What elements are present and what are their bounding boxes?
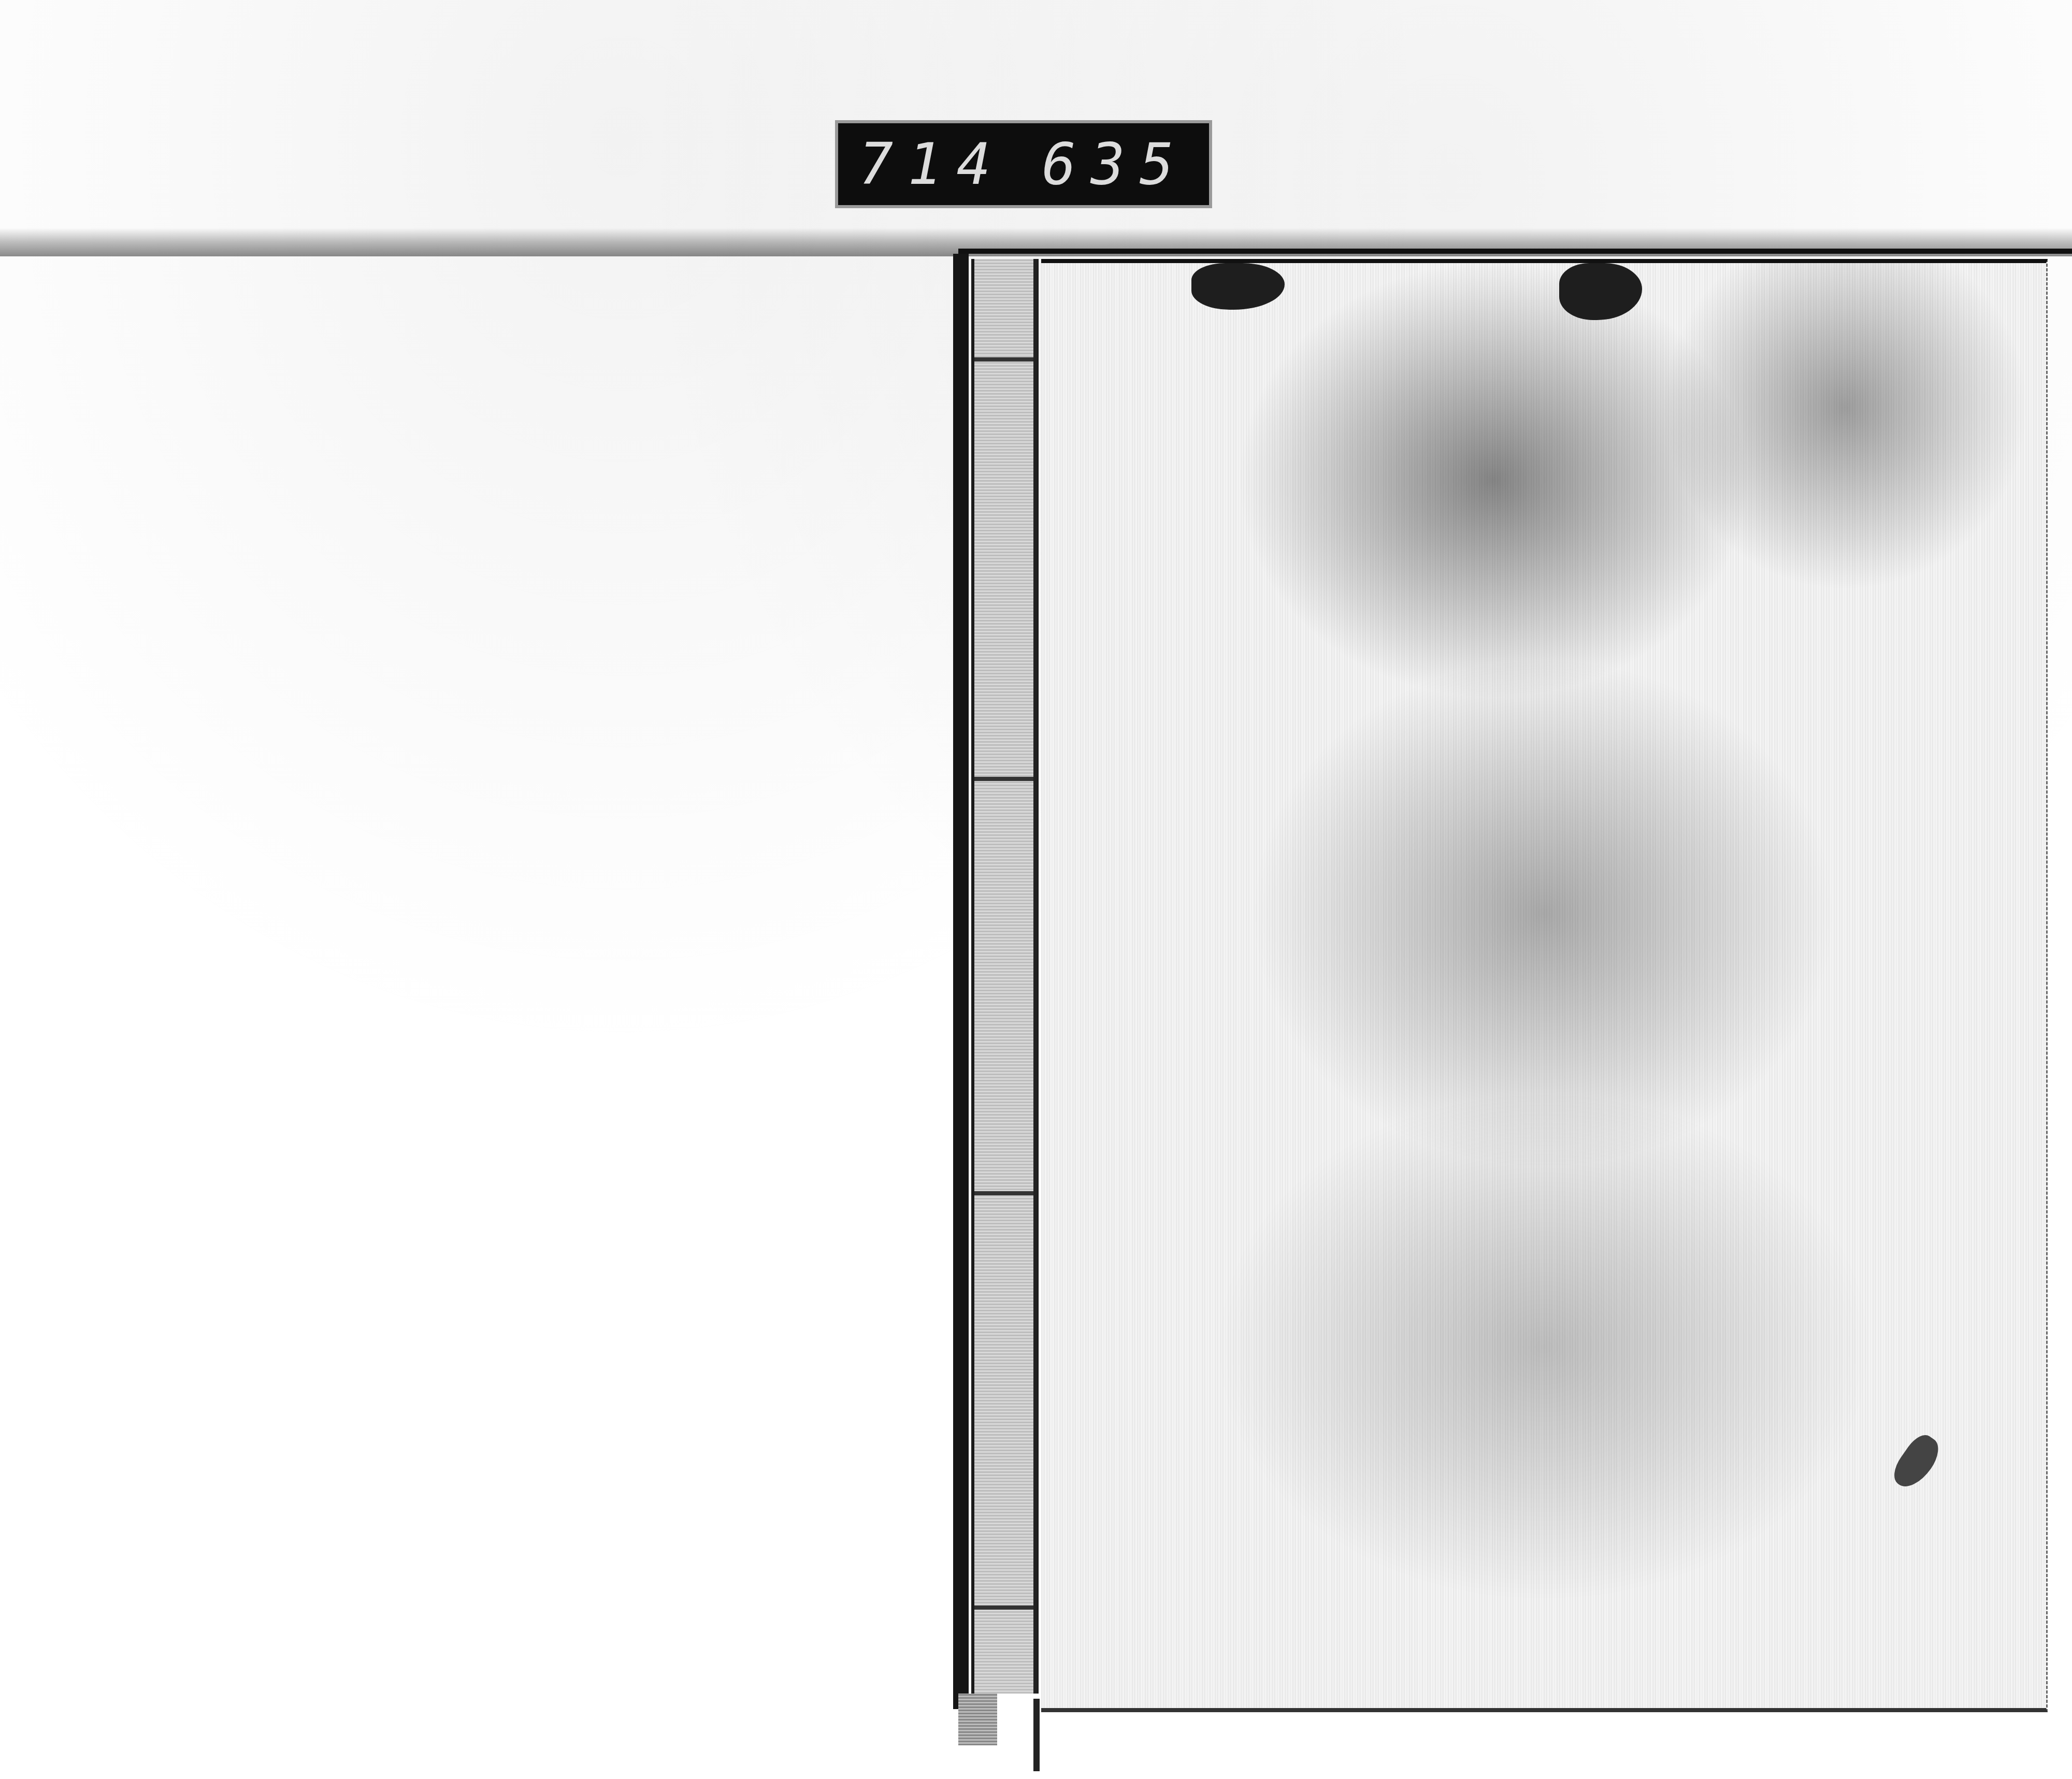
book-cover xyxy=(1041,259,2048,1712)
shelf-label-right: 635 xyxy=(1042,131,1188,197)
cover-stain xyxy=(1191,263,1285,310)
book-spine xyxy=(971,259,1039,1694)
spine-stitch xyxy=(974,1191,1037,1195)
spine-stitch xyxy=(974,777,1037,781)
bottom-thread xyxy=(1033,1699,1040,1771)
book-top-edge xyxy=(958,249,2072,254)
bound-book xyxy=(953,254,2056,1709)
spine-shadow xyxy=(953,254,969,1709)
cover-stain xyxy=(1559,263,1642,320)
binding-thread xyxy=(1033,259,1038,1694)
shelf-label: 714 635 xyxy=(835,120,1212,208)
spine-stitch xyxy=(974,1606,1037,1610)
bottom-page-tab xyxy=(958,1694,997,1745)
cover-stain xyxy=(1888,1430,1946,1495)
shelf-label-left: 714 xyxy=(859,131,1005,197)
spine-stitch xyxy=(974,357,1037,361)
